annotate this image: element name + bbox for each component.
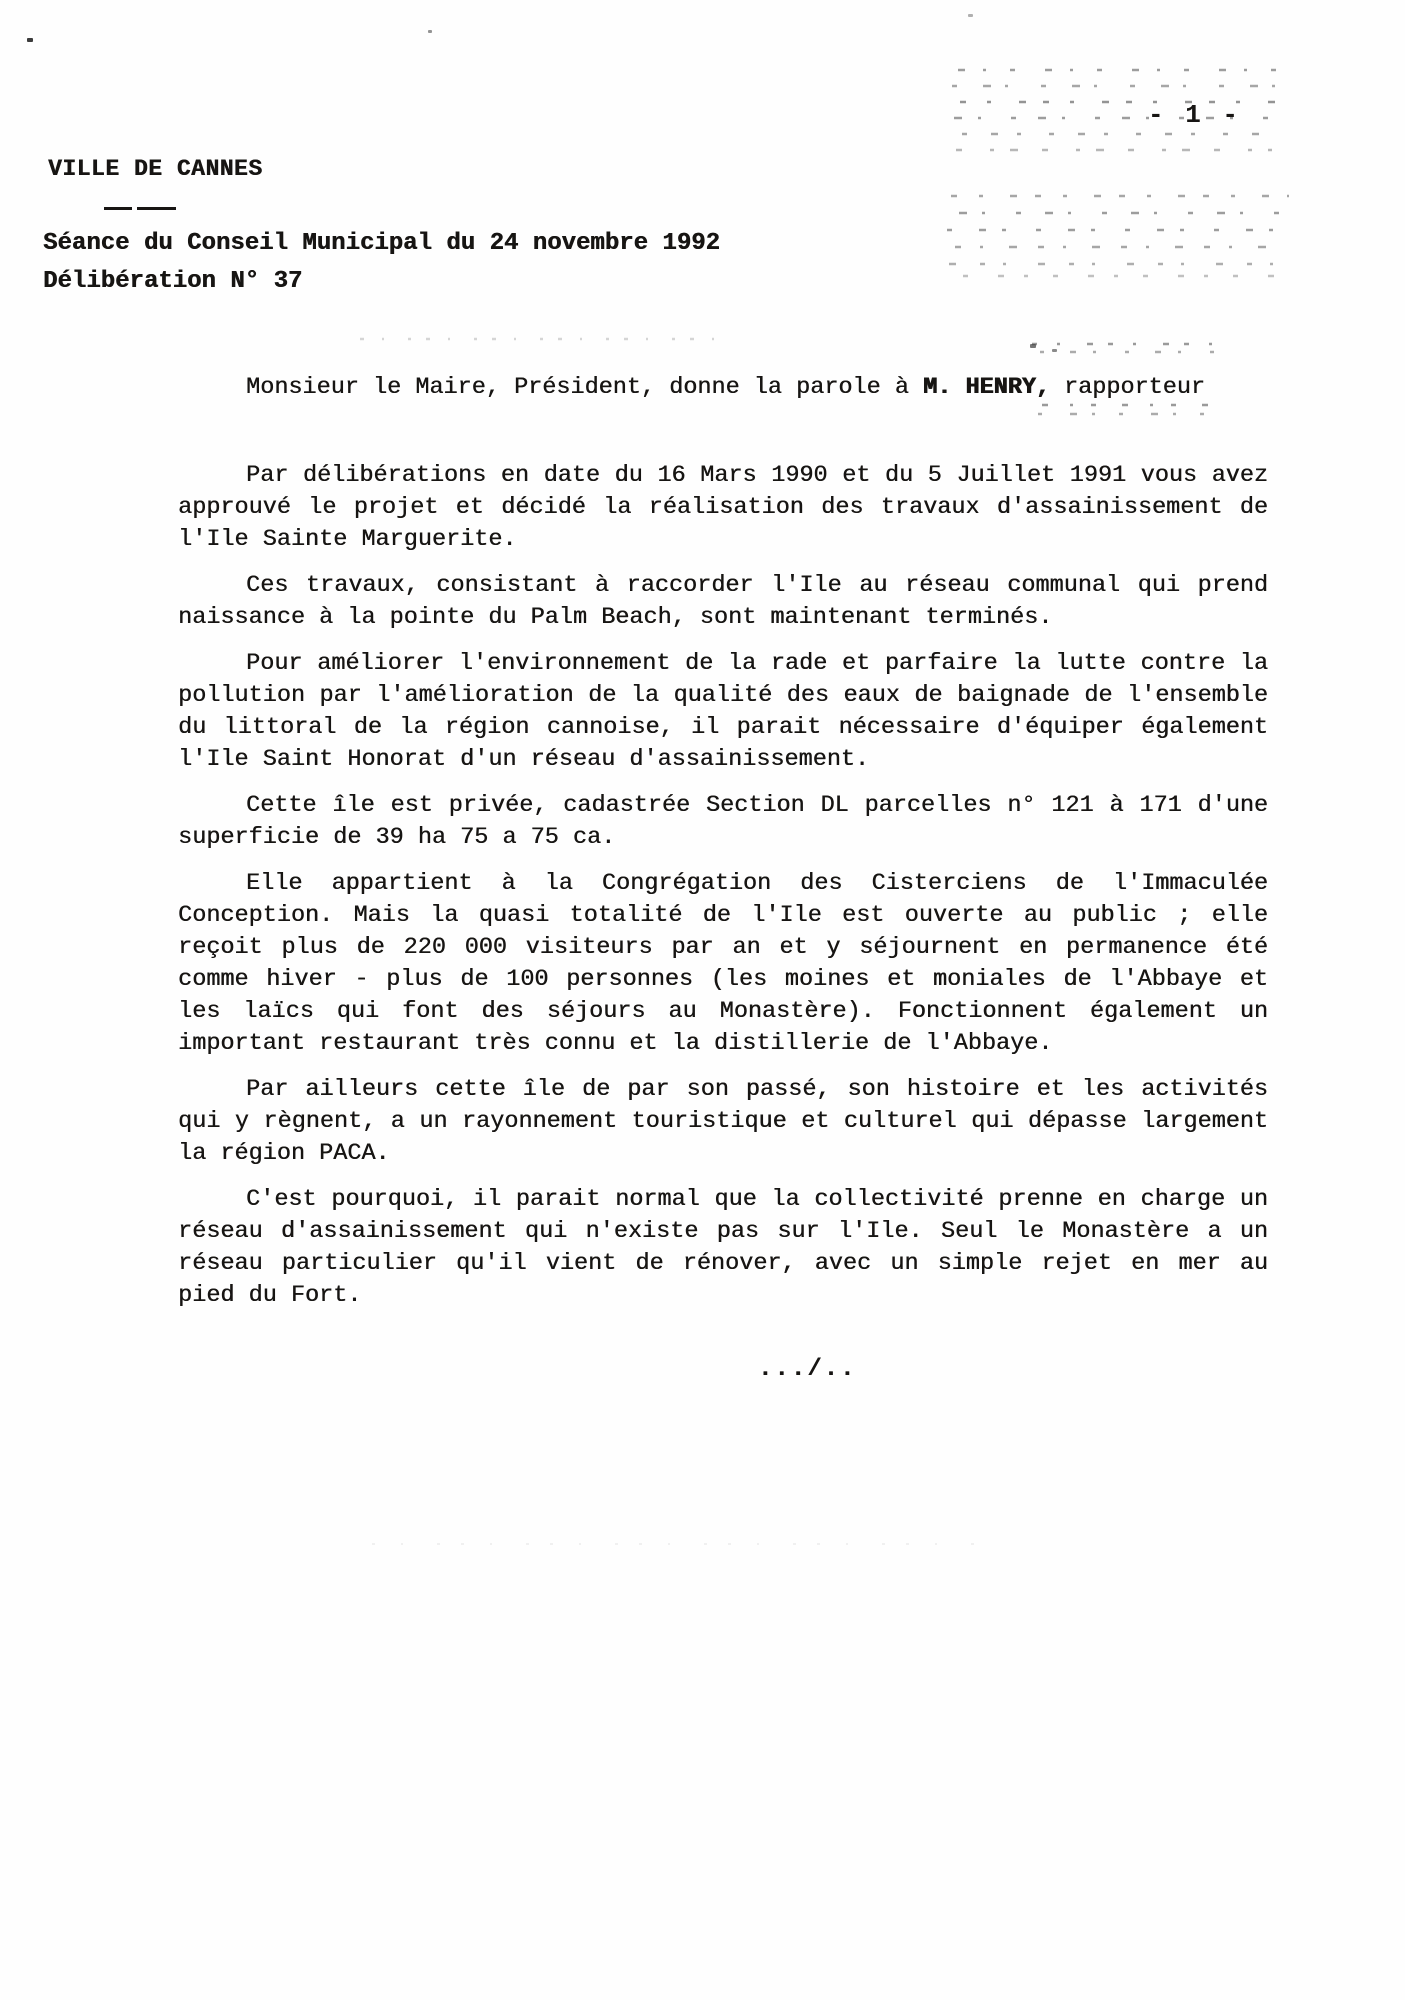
intro-text-before: Monsieur le Maire, Président, donne la p… [246,374,923,401]
scan-noise-mid-row [358,334,718,344]
scan-noise-rapporteur-top [1030,340,1235,356]
continuation-mark: .../.. [758,1356,856,1383]
paragraph-ile-privee-cadastre: Cette île est privée, cadastrée Section … [178,790,1268,854]
scan-speck [1052,349,1057,352]
paragraph-ameliorer-environnement: Pour améliorer l'environnement de la rad… [178,648,1268,776]
paragraph-deliberations-1990-1991: Par délibérations en date du 16 Mars 199… [178,460,1268,556]
paragraph-congregation-cisterciens: Elle appartient à la Congrégation des Ci… [178,868,1268,1060]
scan-noise-bottom-row [370,1540,990,1548]
scan-speck [27,38,33,42]
document-body: Monsieur le Maire, Président, donne la p… [178,372,1268,1326]
page-number: - 1 - [1148,100,1241,130]
scanned-document-page: - 1 - VILLE DE CANN [0,0,1405,2000]
intro-text-after: rapporteur [1050,374,1205,401]
scan-speck [968,14,973,17]
city-title: VILLE DE CANNES [48,156,263,182]
paragraph-travaux-termines: Ces travaux, consistant à raccorder l'Il… [178,570,1268,634]
paragraph-collectivite-prenne-charge: C'est pourquoi, il parait normal que la … [178,1184,1268,1312]
scan-speck [428,30,432,33]
scan-noise-right-2 [945,190,1295,278]
intro-paragraph: Monsieur le Maire, Président, donne la p… [178,372,1268,404]
session-line: Séance du Conseil Municipal du 24 novemb… [43,230,720,257]
scan-speck [1030,344,1036,348]
title-underline-rule [104,207,176,210]
deliberation-number-line: Délibération N° 37 [43,268,302,295]
paragraph-rayonnement-touristique: Par ailleurs cette île de par son passé,… [178,1074,1268,1170]
speaker-name: M. HENRY, [923,374,1050,401]
